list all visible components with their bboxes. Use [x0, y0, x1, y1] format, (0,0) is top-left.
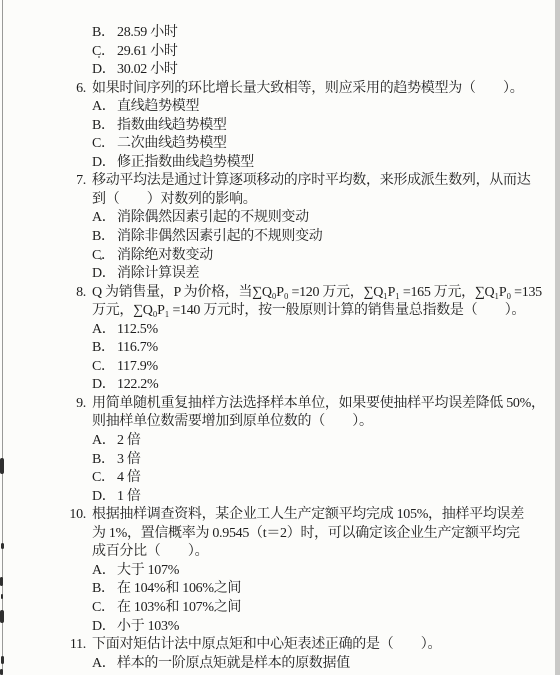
stem-text: 万元，∑Q₀P₁ =140 万元时，按一般原则计算的销售量总指数是（ ）。	[92, 302, 525, 321]
option-row: C． 二次曲线趋势模型	[0, 135, 556, 154]
option-text: 122.2%	[117, 376, 158, 395]
option-row: D． 小于 103%	[0, 618, 556, 637]
option-row: B． 在 104%和 106%之间	[0, 580, 556, 599]
question-number: 11.	[0, 636, 86, 655]
option-text: 116.7%	[117, 339, 158, 358]
option-label: C．	[92, 358, 117, 377]
question-stem-row: 万元，∑Q₀P₁ =140 万元时，按一般原则计算的销售量总指数是（ ）。	[0, 302, 556, 321]
option-text: 修正指数曲线趋势模型	[117, 154, 254, 173]
option-label: A．	[92, 209, 117, 228]
scanned-exam-page: B． 28.59 小时 C． 29.61 小时 D． 30.02 小时 6. 如…	[0, 0, 560, 675]
option-label: C．	[92, 135, 117, 154]
option-text: 指数曲线趋势模型	[117, 117, 227, 136]
stem-text: 用简单随机重复抽样方法选择样本单位，如果要使抽样平均误差降低 50%，	[92, 395, 545, 414]
option-label: B．	[92, 228, 117, 247]
option-text: 3 倍	[117, 451, 141, 470]
option-label: B．	[92, 339, 117, 358]
exam-content: B． 28.59 小时 C． 29.61 小时 D． 30.02 小时 6. 如…	[0, 24, 556, 673]
option-text: 在 104%和 106%之间	[117, 580, 241, 599]
option-text: 117.9%	[117, 358, 158, 377]
option-label: A．	[92, 321, 117, 340]
question-number: 7.	[0, 172, 86, 191]
option-label: B．	[92, 24, 117, 43]
question-stem-row: 6. 如果时间序列的环比增长量大致相等，则应采用的趋势模型为（ ）。	[0, 80, 556, 99]
option-label: C．	[92, 43, 117, 62]
option-row: A． 大于 107%	[0, 562, 556, 581]
option-text: 直线趋势模型	[117, 98, 199, 117]
option-text: 消除非偶然因素引起的不规则变动	[117, 228, 323, 247]
option-row: D． 修正指数曲线趋势模型	[0, 154, 556, 173]
question-stem-row: 11. 下面对矩估计法中原点矩和中心矩表述正确的是（ ）。	[0, 636, 556, 655]
stem-text: 如果时间序列的环比增长量大致相等，则应采用的趋势模型为（ ）。	[92, 80, 523, 99]
question-stem-row: 成百分比（ ）。	[0, 543, 556, 562]
option-text: 30.02 小时	[117, 61, 178, 80]
option-label: B．	[92, 117, 117, 136]
option-text: 二次曲线趋势模型	[117, 135, 227, 154]
question-stem-row: 8. Q 为销售量，P 为价格，当∑Q₀P₀ =120 万元，∑Q₁P₁ =16…	[0, 284, 556, 303]
option-row: D． 30.02 小时	[0, 61, 556, 80]
option-row: B． 28.59 小时	[0, 24, 556, 43]
stem-text: Q 为销售量，P 为价格，当∑Q₀P₀ =120 万元，∑Q₁P₁ =165 万…	[92, 284, 542, 303]
option-text: 28.59 小时	[117, 24, 178, 43]
option-label: B．	[92, 451, 117, 470]
question-stem-row: 则抽样单位数需要增加到原单位数的（ ）。	[0, 413, 556, 432]
option-row: D． 122.2%	[0, 376, 556, 395]
question-stem-row: 到（ ）对数列的影响。	[0, 191, 556, 210]
option-row: A． 样本的一阶原点矩就是样本的原数据值	[0, 655, 556, 674]
option-row: B． 3 倍	[0, 451, 556, 470]
option-label: C．	[92, 469, 117, 488]
option-text: 大于 107%	[117, 562, 179, 581]
option-label: B．	[92, 580, 117, 599]
option-text: 29.61 小时	[117, 43, 178, 62]
stem-text: 成百分比（ ）。	[92, 543, 208, 562]
option-row: A． 2 倍	[0, 432, 556, 451]
option-row: C． 117.9%	[0, 358, 556, 377]
option-row: C． 消除绝对数变动	[0, 247, 556, 266]
option-label: A．	[92, 655, 117, 674]
question-stem-row: 9. 用简单随机重复抽样方法选择样本单位，如果要使抽样平均误差降低 50%，	[0, 395, 556, 414]
option-text: 消除绝对数变动	[117, 247, 213, 266]
option-row: B． 指数曲线趋势模型	[0, 117, 556, 136]
stem-text: 到（ ）对数列的影响。	[92, 191, 256, 210]
option-text: 消除计算误差	[117, 265, 199, 284]
option-row: D． 消除计算误差	[0, 265, 556, 284]
stem-text: 移动平均法是通过计算逐项移动的序时平均数，来形成派生数列，从而达	[92, 172, 530, 191]
option-label: D．	[92, 265, 117, 284]
question-number: 10.	[0, 506, 86, 525]
option-text: 消除偶然因素引起的不规则变动	[117, 209, 309, 228]
option-text: 4 倍	[117, 469, 141, 488]
question-stem-row: 为 1%，置信概率为 0.9545（t＝2）时，可以确定该企业生产定额平均完	[0, 525, 556, 544]
option-text: 样本的一阶原点矩就是样本的原数据值	[117, 655, 350, 674]
option-label: D．	[92, 618, 117, 637]
stem-text: 下面对矩估计法中原点矩和中心矩表述正确的是（ ）。	[92, 636, 441, 655]
option-label: C．	[92, 247, 117, 266]
stem-text: 为 1%，置信概率为 0.9545（t＝2）时，可以确定该企业生产定额平均完	[92, 525, 520, 544]
option-text: 小于 103%	[117, 618, 179, 637]
option-row: C． 4 倍	[0, 469, 556, 488]
option-label: A．	[92, 562, 117, 581]
stem-text: 根据抽样调查资料，某企业工人生产定额平均完成 105%，抽样平均误差	[92, 506, 524, 525]
question-number: 6.	[0, 80, 86, 99]
question-number: 9.	[0, 395, 86, 414]
option-row: A． 直线趋势模型	[0, 98, 556, 117]
option-text: 1 倍	[117, 488, 141, 507]
option-row: D． 1 倍	[0, 488, 556, 507]
option-label: D．	[92, 154, 117, 173]
option-label: A．	[92, 432, 117, 451]
option-row: C． 29.61 小时	[0, 43, 556, 62]
option-label: A．	[92, 98, 117, 117]
question-stem-row: 7. 移动平均法是通过计算逐项移动的序时平均数，来形成派生数列，从而达	[0, 172, 556, 191]
option-text: 2 倍	[117, 432, 141, 451]
option-text: 在 103%和 107%之间	[117, 599, 241, 618]
option-row: B． 消除非偶然因素引起的不规则变动	[0, 228, 556, 247]
option-row: A． 112.5%	[0, 321, 556, 340]
option-row: B． 116.7%	[0, 339, 556, 358]
question-stem-row: 10. 根据抽样调查资料，某企业工人生产定额平均完成 105%，抽样平均误差	[0, 506, 556, 525]
option-label: C．	[92, 599, 117, 618]
option-label: D．	[92, 488, 117, 507]
option-text: 112.5%	[117, 321, 158, 340]
option-label: D．	[92, 61, 117, 80]
question-number: 8.	[0, 284, 86, 303]
option-row: A． 消除偶然因素引起的不规则变动	[0, 209, 556, 228]
stem-text: 则抽样单位数需要增加到原单位数的（ ）。	[92, 413, 373, 432]
option-row: C． 在 103%和 107%之间	[0, 599, 556, 618]
option-label: D．	[92, 376, 117, 395]
